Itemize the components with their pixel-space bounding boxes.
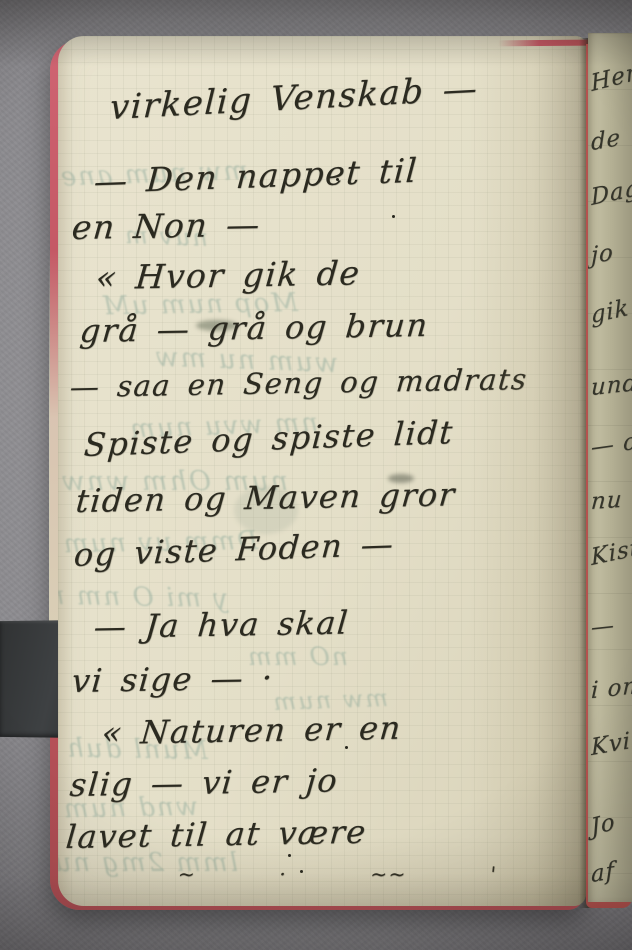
facing-page-word-7: — og <box>591 426 632 461</box>
facing-page-word-11: i om <box>591 672 632 704</box>
ink-speck-layer <box>58 36 586 906</box>
notebook-page: mw num anenuv mMop num uMwum nu mwnm wvu… <box>58 36 586 906</box>
facing-page-word-10: — <box>591 612 616 641</box>
ink-speck-5 <box>300 870 303 873</box>
ink-speck-3 <box>345 746 348 749</box>
top-red-edge-sliver <box>498 40 590 47</box>
facing-page-word-2: de <box>591 125 622 157</box>
facing-page-strip: HerdeDagjogikund— ognuKist—i omKvinJoaf <box>588 33 632 902</box>
ink-speck-2 <box>392 215 395 218</box>
ink-speck-4 <box>288 854 291 857</box>
facing-page-word-14: af <box>591 858 616 888</box>
facing-page-word-8: nu <box>590 487 623 515</box>
facing-page-word-13: Jo <box>590 809 617 841</box>
facing-page-word-4: jo <box>591 240 614 269</box>
facing-page-word-6: und <box>591 370 632 401</box>
facing-page-word-3: Dag <box>590 175 632 212</box>
notebook-photo: mw num anenuv mMop num uMwum nu mwnm wvu… <box>0 0 632 950</box>
ink-speck-1 <box>336 178 339 181</box>
facing-page-word-5: gik <box>590 295 630 329</box>
facing-page-word-1: Her <box>590 59 632 97</box>
facing-page-word-9: Kist <box>590 535 632 572</box>
facing-page-word-12: Kvin <box>591 725 632 761</box>
